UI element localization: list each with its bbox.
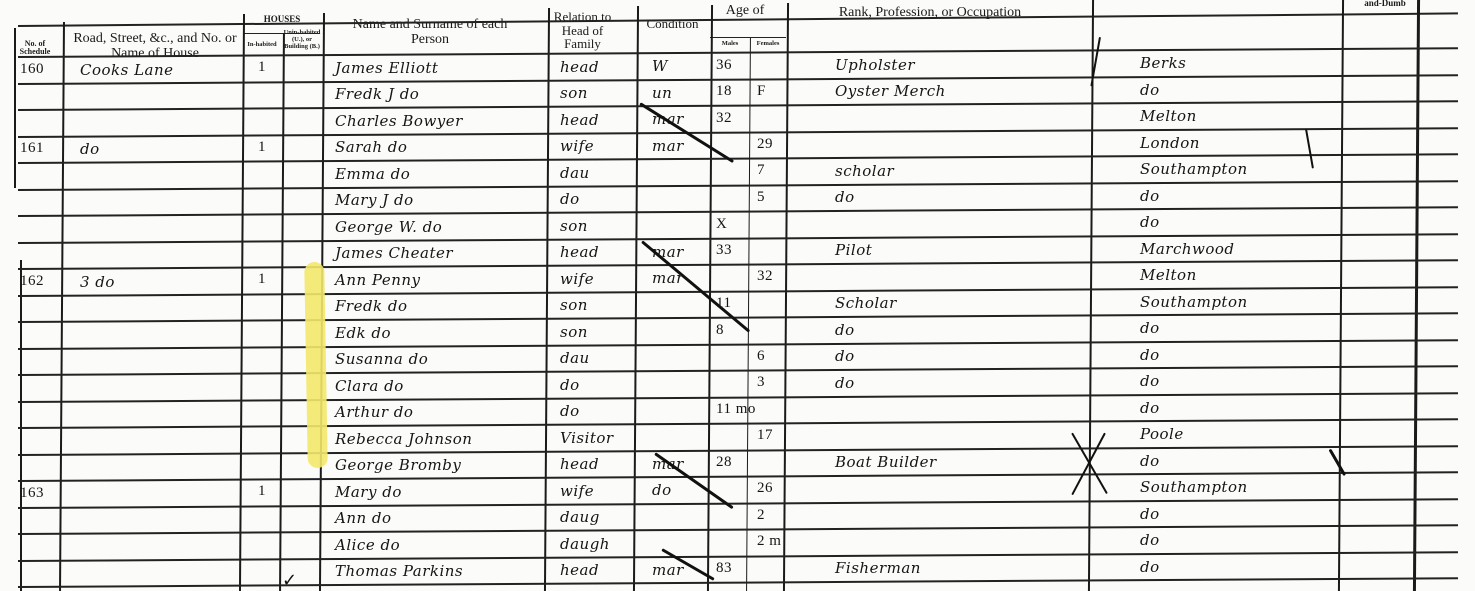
person-name: Fredk do bbox=[335, 297, 408, 315]
male-age: 8 bbox=[716, 322, 724, 339]
left-border-lower bbox=[20, 260, 22, 591]
relation-to-head: son bbox=[560, 217, 588, 235]
road-address: do bbox=[80, 140, 100, 158]
road-address: 3 do bbox=[80, 273, 115, 291]
birthplace: London bbox=[1140, 134, 1200, 152]
census-page: No. of Schedule Road, Street, &c., and N… bbox=[0, 0, 1475, 591]
female-age: F bbox=[757, 83, 766, 100]
female-age: 17 bbox=[757, 427, 773, 444]
relation-to-head: head bbox=[560, 455, 599, 473]
relation-to-head: head bbox=[560, 561, 599, 579]
person-name: James Elliott bbox=[335, 59, 438, 77]
birthplace: do bbox=[1140, 399, 1160, 417]
relation-to-head: daug bbox=[560, 508, 600, 526]
born-tick-2 bbox=[1305, 129, 1314, 169]
relation-to-head: do bbox=[560, 190, 580, 208]
birthplace: Poole bbox=[1140, 425, 1184, 443]
occupation: Scholar bbox=[835, 294, 897, 312]
checkmark-icon: ✓ bbox=[282, 570, 297, 591]
inhabited-count: 1 bbox=[258, 59, 266, 76]
occupation: do bbox=[835, 321, 855, 339]
birthplace: do bbox=[1140, 213, 1160, 231]
person-name: Charles Bowyer bbox=[335, 112, 463, 130]
inhabited-count: 1 bbox=[258, 483, 266, 500]
birthplace: do bbox=[1140, 319, 1160, 337]
occupation: do bbox=[835, 374, 855, 392]
relation-to-head: head bbox=[560, 111, 599, 129]
male-age: 36 bbox=[716, 57, 732, 74]
marital-condition: do bbox=[652, 481, 672, 499]
person-name: Mary J do bbox=[335, 191, 414, 209]
relation-to-head: do bbox=[560, 376, 580, 394]
birthplace: do bbox=[1140, 346, 1160, 364]
female-age: 2 m bbox=[757, 533, 781, 550]
marital-condition: mar bbox=[652, 561, 684, 579]
occupation: do bbox=[835, 188, 855, 206]
male-age: 32 bbox=[716, 110, 732, 127]
birthplace: Southampton bbox=[1140, 478, 1248, 496]
row-rule bbox=[18, 259, 1458, 269]
person-name: George W. do bbox=[335, 218, 442, 236]
relation-to-head: dau bbox=[560, 349, 590, 367]
row-rule bbox=[18, 577, 1458, 587]
relation-to-head: daugh bbox=[560, 535, 610, 553]
birthplace: Southampton bbox=[1140, 293, 1248, 311]
occupation: Pilot bbox=[835, 241, 872, 259]
header-where-born: Where Born bbox=[1100, 0, 1300, 5]
person-name: Ann do bbox=[335, 509, 392, 527]
row-rule bbox=[18, 233, 1458, 243]
person-name: Mary do bbox=[335, 483, 402, 501]
row-rule bbox=[18, 418, 1458, 428]
female-age: 32 bbox=[757, 268, 773, 285]
male-age: 18 bbox=[716, 83, 732, 100]
birthplace: Melton bbox=[1140, 107, 1197, 125]
relation-to-head: son bbox=[560, 296, 588, 314]
female-age: 2 bbox=[757, 507, 765, 524]
row-rule bbox=[18, 339, 1458, 349]
occupation: do bbox=[835, 347, 855, 365]
person-name: Edk do bbox=[335, 324, 391, 342]
female-age: 5 bbox=[757, 189, 765, 206]
person-name: Alice do bbox=[335, 536, 400, 554]
inhabited-count: 1 bbox=[258, 271, 266, 288]
occupation: scholar bbox=[835, 162, 894, 180]
highlight-mark bbox=[304, 262, 328, 468]
col-divider-schedule bbox=[59, 22, 64, 591]
birthplace: Melton bbox=[1140, 266, 1197, 284]
female-age: 3 bbox=[757, 374, 765, 391]
marital-condition: mar bbox=[652, 137, 684, 155]
col-divider-inhabited bbox=[279, 33, 284, 591]
person-name: Sarah do bbox=[335, 138, 407, 156]
occupation: Upholster bbox=[835, 56, 915, 74]
person-name: Fredk J do bbox=[335, 85, 419, 103]
birthplace: do bbox=[1140, 452, 1160, 470]
female-age: 29 bbox=[757, 136, 773, 153]
birthplace: do bbox=[1140, 505, 1160, 523]
col-divider-born bbox=[1338, 0, 1344, 591]
col-divider-road bbox=[239, 14, 245, 591]
row-rule bbox=[18, 74, 1458, 84]
relation-to-head: head bbox=[560, 243, 599, 261]
right-border bbox=[1413, 0, 1420, 591]
male-age: 83 bbox=[716, 560, 732, 577]
relation-to-head: head bbox=[560, 58, 599, 76]
birthplace: Southampton bbox=[1140, 160, 1248, 178]
relation-to-head: dau bbox=[560, 164, 590, 182]
schedule-number: 163 bbox=[20, 485, 44, 502]
male-age: 28 bbox=[716, 454, 732, 471]
occupation: Oyster Merch bbox=[835, 82, 946, 100]
header-inhabited: In-habited bbox=[244, 42, 280, 49]
person-name: Ann Penny bbox=[335, 271, 421, 289]
marital-condition: W bbox=[652, 57, 668, 75]
schedule-number: 162 bbox=[20, 273, 44, 290]
relation-to-head: Visitor bbox=[560, 429, 614, 447]
header-deaf-dumb: and-Dumb bbox=[1345, 0, 1425, 8]
relation-to-head: wife bbox=[560, 270, 594, 288]
female-age: 6 bbox=[757, 348, 765, 365]
row-rule bbox=[18, 365, 1458, 375]
road-address: Cooks Lane bbox=[80, 61, 174, 79]
header-relation: Relation to Head of Family bbox=[545, 10, 620, 51]
occupation: Fisherman bbox=[835, 559, 921, 577]
header-schedule: No. of Schedule bbox=[10, 40, 60, 57]
person-name: James Cheater bbox=[335, 244, 453, 262]
relation-to-head: wife bbox=[560, 482, 594, 500]
female-age: 7 bbox=[757, 162, 765, 179]
occupation: Boat Builder bbox=[835, 453, 937, 471]
male-age: 11 mo bbox=[716, 401, 756, 418]
birthplace: do bbox=[1140, 372, 1160, 390]
header-females: Females bbox=[750, 41, 786, 48]
relation-to-head: son bbox=[560, 323, 588, 341]
birthplace: Marchwood bbox=[1140, 240, 1235, 258]
female-age: 26 bbox=[757, 480, 773, 497]
age-subrule bbox=[710, 37, 786, 38]
row-rule bbox=[18, 524, 1458, 534]
relation-to-head: wife bbox=[560, 137, 594, 155]
row-rule bbox=[18, 498, 1458, 508]
left-border bbox=[14, 28, 16, 188]
schedule-number: 160 bbox=[20, 61, 44, 78]
row-rule bbox=[18, 551, 1458, 561]
header-males: Males bbox=[712, 41, 748, 48]
col-divider-males bbox=[746, 38, 751, 591]
person-name: Thomas Parkins bbox=[335, 562, 463, 580]
inhabited-count: 1 bbox=[258, 139, 266, 156]
person-name: Arthur do bbox=[335, 403, 413, 421]
person-name: Clara do bbox=[335, 377, 404, 395]
male-age: 33 bbox=[716, 242, 732, 259]
person-name: Rebecca Johnson bbox=[335, 430, 472, 448]
marital-condition: un bbox=[652, 84, 672, 102]
col-divider-occupation bbox=[1088, 0, 1094, 591]
birthplace: do bbox=[1140, 81, 1160, 99]
row-rule bbox=[18, 127, 1458, 137]
row-rule bbox=[18, 180, 1458, 190]
male-age: X bbox=[716, 216, 727, 233]
birthplace: Berks bbox=[1140, 54, 1186, 72]
row-rule bbox=[18, 206, 1458, 216]
header-age: Age of bbox=[710, 4, 780, 19]
row-rule bbox=[18, 445, 1458, 455]
person-name: Emma do bbox=[335, 165, 410, 183]
row-rule bbox=[18, 100, 1458, 110]
person-name: Susanna do bbox=[335, 350, 428, 368]
birthplace: do bbox=[1140, 558, 1160, 576]
relation-to-head: son bbox=[560, 84, 588, 102]
person-name: George Bromby bbox=[335, 456, 461, 474]
schedule-number: 161 bbox=[20, 140, 44, 157]
birthplace: do bbox=[1140, 531, 1160, 549]
relation-to-head: do bbox=[560, 402, 580, 420]
birthplace: do bbox=[1140, 187, 1160, 205]
